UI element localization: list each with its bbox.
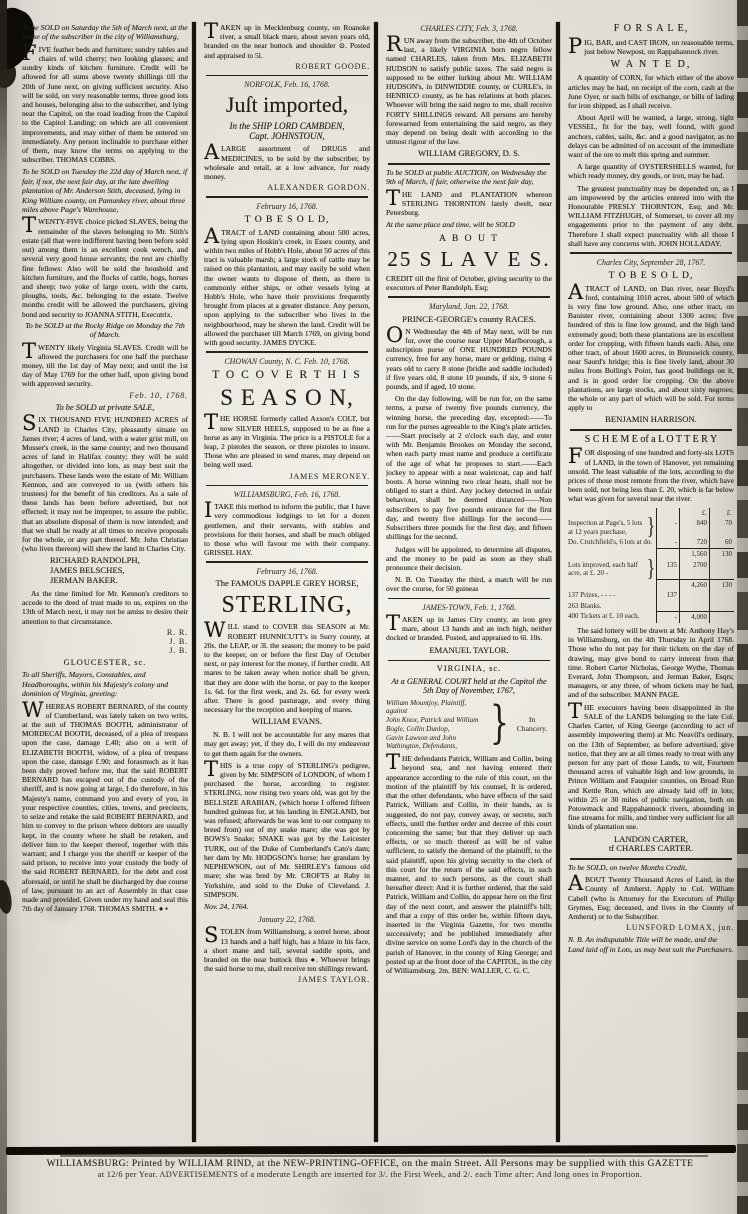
lottery-cell: 137: [656, 590, 679, 601]
ad-body: ITAKE this method to inform the public, …: [204, 502, 370, 557]
drop-cap: F: [22, 45, 39, 62]
lottery-row-label: 263 Blanks.: [568, 601, 656, 612]
lottery-cell: [679, 601, 709, 612]
ad-body: As the time limited for Mr. Kennon's cre…: [22, 589, 188, 626]
column-rule-3: [556, 22, 560, 1142]
ad-dateline: CHARLES CITY, Feb. 3, 1768.: [386, 24, 552, 33]
lottery-cell: 135: [656, 560, 679, 579]
ad-heading: T O C O V E R T H I S: [204, 369, 370, 382]
lottery-cell: 130: [709, 579, 734, 591]
drop-cap: W: [22, 702, 46, 719]
drop-cap: R: [386, 36, 404, 53]
ad-notice: To all Sheriffs, Mayors, Constables, and…: [22, 670, 188, 698]
section-rule: [206, 561, 368, 563]
drop-cap: T: [204, 23, 220, 40]
ad-heading: S E A S O N,: [204, 385, 370, 411]
lottery-cell: -: [656, 537, 679, 548]
ad-heading: T O B E S O L D,: [204, 214, 370, 225]
ad-heading: STERLING,: [204, 592, 370, 620]
drop-cap: T: [22, 217, 38, 234]
lottery-table-row: 400 Tickets at £. 10 each,-4,000: [568, 611, 734, 623]
lottery-table-row: 263 Blanks.: [568, 601, 734, 612]
ad-notice: To be SOLD at public AUCTION, on Wednesd…: [386, 168, 552, 187]
lottery-table: £.£.Inspection at Page's, 5 lots at 12 y…: [568, 508, 734, 624]
chancery-case-block: William Mountjoy, Plaintiff, against Joh…: [386, 699, 552, 752]
ad-notice: To be SOLD on Saturday the 5th of March …: [22, 23, 188, 42]
drop-cap: A: [568, 875, 585, 892]
ad-heading: In the SHIP LORD CAMBDEN, Capt. JOHNSTOU…: [204, 121, 370, 142]
ad-signature: ROBERT GOODE.: [204, 62, 370, 71]
ad-body: TWENTY likely Virginia SLAVES. Credit wi…: [22, 343, 188, 389]
lottery-cell: 840: [679, 518, 709, 537]
ad-body: PIG, BAR, and CAST IRON, on reasonable t…: [568, 38, 734, 56]
column-rule-2: [374, 22, 378, 1142]
ad-heading: 25 S L A V E S.: [386, 247, 552, 271]
section-rule: [388, 163, 550, 165]
imprint-line-2: at 12/6 per Year. ADVERTISEMENTS of a mo…: [0, 1170, 740, 1179]
drop-cap: W: [204, 622, 228, 639]
ad-heading: WILLIAM EVANS.: [204, 717, 370, 727]
drop-cap: T: [386, 190, 402, 207]
section-rule: [206, 75, 368, 77]
lottery-row-label: [568, 548, 656, 560]
ad-notice: N. B. An indisputable Title will be made…: [568, 935, 734, 954]
lottery-cell: [656, 508, 679, 519]
case-court: In Chancery.: [512, 716, 552, 734]
news-column-1: To be SOLD on Saturday the 5th of March …: [22, 20, 188, 1144]
ad-signature: LUNSFORD LOMAX, jun.: [568, 923, 734, 932]
lottery-row-label: Inspection at Page's, 5 lots at 12 years…: [568, 518, 647, 537]
lottery-cell: [709, 590, 734, 601]
section-rule: [570, 429, 732, 431]
lottery-row-label: Do. Crutchfield's, 6 lots at do.: [568, 537, 656, 548]
lottery-cell: 720: [679, 537, 709, 548]
lottery-cell: [709, 560, 734, 579]
ad-body: N. B. I will not be accountable for any …: [204, 730, 370, 758]
section-rule: [570, 858, 732, 860]
ad-heading: LANDON CARTER, tf CHARLES CARTER.: [568, 835, 734, 855]
lottery-table-row: Lots improved, each half acre, at £. 20 …: [568, 560, 734, 579]
section-rule: [206, 485, 368, 487]
ad-body: A large quantity of OYSTERSHELLS wanted,…: [568, 162, 734, 180]
drop-cap: O: [386, 327, 405, 344]
footer-rule-thin: [60, 1155, 708, 1157]
right-edge-binding: [737, 0, 748, 1214]
ad-body: STOLEN from Williamsburg, a sorrel horse…: [204, 927, 370, 973]
lottery-cell: [709, 601, 734, 612]
drop-cap: F: [568, 448, 585, 465]
ad-heading: T O B E S O L D,: [568, 270, 734, 281]
ad-heading: At a GENERAL COURT held at the Capitol t…: [386, 677, 552, 696]
ad-signature: ALEXANDER GORDON.: [204, 183, 370, 192]
lottery-row-label: 137 Prizes, - - - -: [568, 590, 656, 601]
drop-cap: P: [568, 38, 584, 55]
ad-body: TAKEN up in James City county, an iron g…: [386, 615, 552, 643]
drop-cap: A: [204, 144, 221, 161]
left-edge-smudge: [0, 0, 7, 1214]
columns-container: To be SOLD on Saturday the 5th of March …: [22, 20, 734, 1144]
brace-glyph: }: [490, 718, 509, 731]
ad-notice: Nov. 24, 1764.: [204, 902, 370, 911]
news-column-2: TAKEN up in Mecklenburg county, on Roano…: [204, 20, 370, 1144]
ad-heading: A B O U T: [386, 233, 552, 244]
ad-heading: PRINCE-GEORGE's county RACES.: [386, 314, 552, 324]
section-rule: [388, 660, 550, 662]
lottery-cell: [656, 579, 679, 591]
lottery-cell: [656, 548, 679, 560]
drop-cap: T: [386, 615, 402, 632]
ad-body: WHEREAS ROBERT BERNARD, of the county of…: [22, 702, 188, 914]
brace-glyph: }: [647, 522, 656, 534]
ad-body: ATRACT of LAND containing about 500 acre…: [204, 228, 370, 348]
section-rule: [570, 252, 732, 254]
lottery-cell: 4,000: [679, 611, 709, 623]
ad-heading: The FAMOUS DAPPLE GREY HORSE,: [204, 579, 370, 589]
lottery-cell: 60: [709, 537, 734, 548]
ad-dateline: Maryland, Jan. 22, 1768.: [386, 302, 552, 311]
footer-rule: [6, 1145, 736, 1155]
drop-cap: T: [204, 761, 220, 778]
ad-body: The greatest punctuality may be depended…: [568, 184, 734, 248]
ad-heading: BENJAMIN HARRISON.: [568, 415, 734, 425]
newspaper-page: To be SOLD on Saturday the 5th of March …: [0, 0, 748, 1214]
ad-heading: To be SOLD at the Rocky Ridge on Monday …: [22, 322, 188, 340]
ad-notice: To be SOLD on Tuesday the 22d day of Mar…: [22, 167, 188, 214]
ad-body: FIVE feather beds and furniture; sundry …: [22, 45, 188, 165]
ad-body: TWENTY-FIVE choice picked SLAVES, being …: [22, 217, 188, 318]
ink-stain-icon: [0, 879, 14, 915]
drop-cap: T: [204, 414, 220, 431]
drop-cap: S: [22, 415, 38, 432]
lottery-cell: 1,560: [679, 548, 709, 560]
ad-body: Judges will be appointed, to determine a…: [386, 545, 552, 573]
lottery-row-label: 400 Tickets at £. 10 each,: [568, 611, 656, 623]
ad-heading: EMANUEL TAYLOR.: [386, 646, 552, 656]
drop-cap: S: [204, 927, 220, 944]
ad-heading: WILLIAM GREGORY, D. S.: [386, 149, 552, 159]
ad-heading: RICHARD RANDOLPH, JAMES BELSCHES, JERMAN…: [22, 556, 188, 586]
lottery-cell: [656, 601, 679, 612]
lottery-cell: [679, 590, 709, 601]
ad-body: CREDIT till the first of October, giving…: [386, 274, 552, 292]
lottery-cell: -: [656, 611, 679, 623]
ad-body: A quantity of CORN, for which either of …: [568, 73, 734, 110]
ad-signature: JAMES MERONEY.: [204, 472, 370, 481]
ad-dateline: Charles City, September 28, 1767.: [568, 258, 734, 267]
ad-signature: JAMES TAYLOR.: [204, 975, 370, 984]
ad-heading: To be SOLD at private SALE,: [22, 403, 188, 413]
ad-body: ON Wednesday the 4th of May next, will b…: [386, 327, 552, 391]
lottery-cell: 2700: [679, 560, 709, 579]
ad-dateline: JAMES-TOWN, Feb. 1, 1768.: [386, 603, 552, 612]
ad-dateline: February 16, 1768.: [204, 202, 370, 211]
ad-dateline: CHOWAN County, N. C. Feb. 10, 1768.: [204, 357, 370, 366]
imprint-line-1: WILLIAMSBURG: Printed by WILLIAM RIND, a…: [0, 1158, 740, 1169]
lottery-row-label: [568, 579, 656, 591]
lottery-cell: £.: [679, 508, 709, 519]
ad-body: The said lottery will be drawn at Mr. An…: [568, 626, 734, 700]
section-rule: [388, 296, 550, 298]
ad-notice: To be SOLD, on twelve Months Credit,: [568, 863, 734, 872]
drop-cap: T: [386, 754, 402, 771]
section-rule: [206, 351, 368, 353]
ad-notice: At the same place and time, will be SOLD: [386, 220, 552, 229]
section-rule: [388, 598, 550, 600]
page-footer: WILLIAMSBURG: Printed by WILLIAM RIND, a…: [0, 1158, 740, 1179]
ad-body: TAKEN up in Mecklenburg county, on Roano…: [204, 23, 370, 60]
ad-heading: GLOUCESTER, sc.: [22, 658, 188, 668]
ad-body: FOR disposing of one hundred and forty-s…: [568, 448, 734, 503]
ad-body: WILL stand to COVER this SEASON at Mr. R…: [204, 622, 370, 714]
ad-signature: Feb. 10, 1768.: [22, 391, 188, 400]
ad-body: About April will be wanted, a large, str…: [568, 113, 734, 159]
ad-dateline: NORFOLK, Feb. 16, 1768.: [204, 80, 370, 89]
case-parties: William Mountjoy, Plaintiff, against Joh…: [386, 699, 487, 752]
ad-dateline: February 16, 1768.: [204, 567, 370, 576]
news-column-4: F O R S A L E,PIG, BAR, and CAST IRON, o…: [568, 20, 734, 1144]
lottery-cell: -: [656, 518, 679, 537]
ad-heading: F O R S A L E,: [568, 23, 734, 35]
lottery-table-row: Inspection at Page's, 5 lots at 12 years…: [568, 518, 734, 537]
ad-heading: Juſt imported,: [204, 92, 370, 117]
ad-body: ABOUT Twenty Thousand Acres of Land, in …: [568, 875, 734, 921]
ad-body: On the day following, will be run for, o…: [386, 394, 552, 541]
ad-body: SIX THOUSAND FIVE HUNDRED ACRES of LAND …: [22, 415, 188, 553]
lottery-cell: 70: [709, 518, 734, 537]
lottery-row-label: Lots improved, each half acre, at £. 20 …: [568, 560, 647, 579]
drop-cap: A: [204, 228, 221, 245]
drop-cap: A: [568, 284, 585, 301]
lottery-cell: 130: [709, 548, 734, 560]
news-column-3: CHARLES CITY, Feb. 3, 1768.RUN away from…: [386, 20, 552, 1144]
lottery-cell: [709, 611, 734, 623]
ad-heading: VIRGINIA, sc.: [386, 664, 552, 674]
ad-body: THE LAND and PLANTATION whereon STERLING…: [386, 190, 552, 218]
lottery-table-row: 137 Prizes, - - - -137: [568, 590, 734, 601]
ad-body: ALARGE assortment of DRUGS and MEDICINES…: [204, 144, 370, 181]
section-rule: [206, 196, 368, 198]
ad-dateline: WILLIAMSBURG, Feb. 16, 1768.: [204, 490, 370, 499]
lottery-cell: 4,260: [679, 579, 709, 591]
ad-body: THE executors having been disappointed i…: [568, 703, 734, 832]
ad-dateline: January 22, 1768.: [204, 915, 370, 924]
brace-glyph: }: [647, 563, 656, 575]
drop-cap: T: [568, 703, 584, 720]
ad-heading: W A N T E D,: [568, 59, 734, 71]
drop-cap: I: [204, 502, 214, 519]
ad-signature: R. R. J. B. J. B.: [22, 628, 188, 655]
ad-body: THE HORSE formerly called Axson's COLT, …: [204, 414, 370, 469]
ad-heading: S C H E M E of a L O T T E R Y: [568, 434, 734, 446]
lottery-cell: £.: [709, 508, 734, 519]
ad-body: ATRACT of LAND, on Dan river, near Boyd'…: [568, 284, 734, 413]
ad-body: N. B. On Tuesday the third, a match will…: [386, 575, 552, 593]
ad-body: THIS is a true copy of STERLING's pedigr…: [204, 761, 370, 899]
lottery-row-label: [568, 508, 656, 519]
column-rule-1: [192, 22, 196, 1142]
drop-cap: T: [22, 343, 38, 360]
ad-body: THE defendants Patrick, William and Coll…: [386, 754, 552, 975]
ad-body: RUN away from the subscriber, the 4th of…: [386, 36, 552, 146]
